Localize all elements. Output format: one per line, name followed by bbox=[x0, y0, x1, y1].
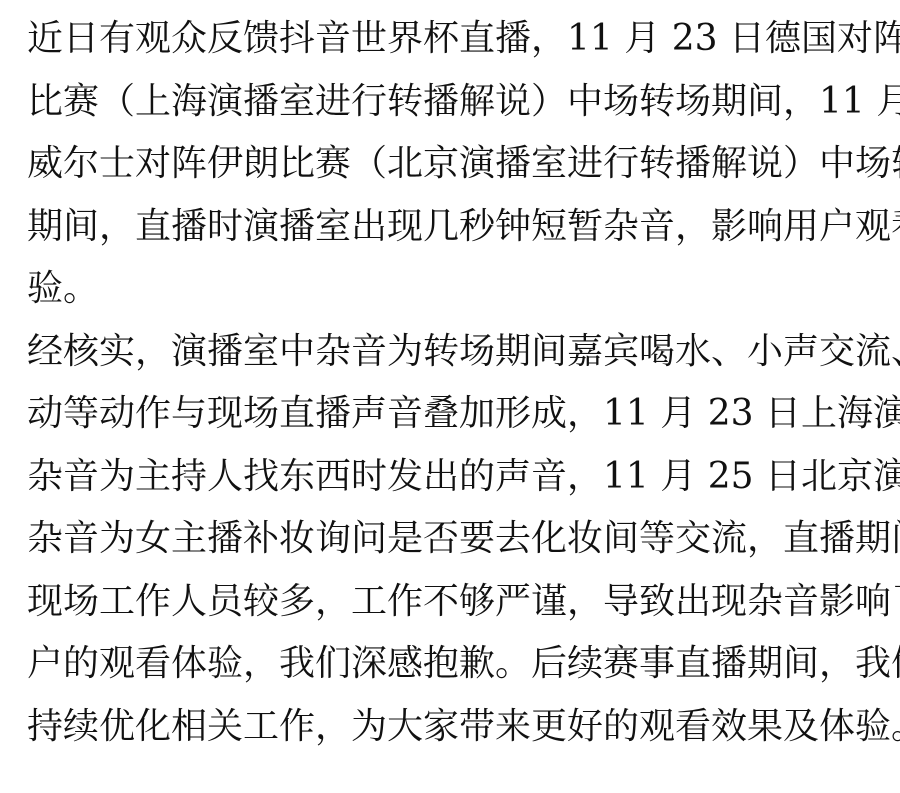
text-line: 杂音为女主播补妆询问是否要去化妆间等交流，直播期间， bbox=[27, 508, 877, 571]
text-line: 户的观看体验，我们深感抱歉。后续赛事直播期间，我们会 bbox=[27, 633, 877, 696]
text-line: 持续优化相关工作，为大家带来更好的观看效果及体验。 bbox=[27, 696, 877, 759]
text-line: 比赛（上海演播室进行转播解说）中场转场期间，11 月 25 日 bbox=[27, 71, 877, 134]
text-line: 期间，直播时演播室出现几秒钟短暂杂音，影响用户观看体 bbox=[27, 196, 877, 259]
paragraph-explanation: 经核实，演播室中杂音为转场期间嘉宾喝水、小声交流、走 动等动作与现场直播声音叠加… bbox=[27, 321, 877, 759]
text-line: 近日有观众反馈抖音世界杯直播，11 月 23 日德国对阵日本 bbox=[27, 8, 877, 71]
text-line: 动等动作与现场直播声音叠加形成，11 月 23 日上海演播室 bbox=[27, 383, 877, 446]
text-line: 威尔士对阵伊朗比赛（北京演播室进行转播解说）中场转场 bbox=[27, 133, 877, 196]
text-line: 杂音为主持人找东西时发出的声音，11 月 25 日北京演播室 bbox=[27, 446, 877, 509]
text-line: 现场工作人员较多，工作不够严谨，导致出现杂音影响了用 bbox=[27, 571, 877, 634]
paragraph-complaint: 近日有观众反馈抖音世界杯直播，11 月 23 日德国对阵日本 比赛（上海演播室进… bbox=[27, 8, 877, 321]
statement-document: 近日有观众反馈抖音世界杯直播，11 月 23 日德国对阵日本 比赛（上海演播室进… bbox=[27, 8, 877, 758]
text-line: 验。 bbox=[27, 258, 877, 321]
text-line: 经核实，演播室中杂音为转场期间嘉宾喝水、小声交流、走 bbox=[27, 321, 877, 384]
